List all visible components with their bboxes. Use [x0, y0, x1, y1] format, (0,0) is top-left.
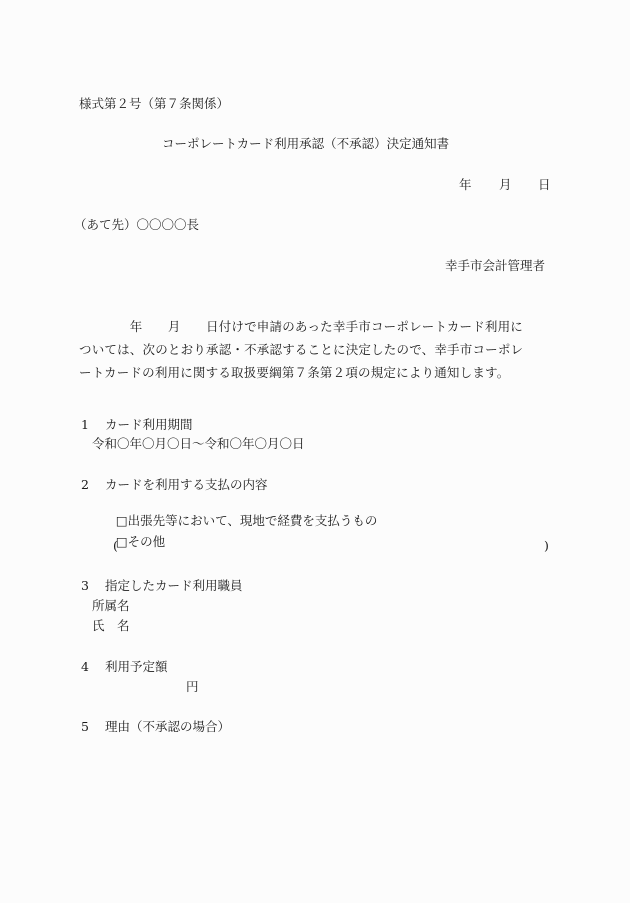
body-line: 年 月 日付けで申請のあった幸手市コーポレートカード利用に — [79, 315, 551, 338]
addressee: （あて先）〇〇〇〇長 — [74, 217, 199, 233]
body-line: ートカードの利用に関する取扱要綱第７条第２項の規定により通知します。 — [79, 361, 551, 384]
body-line: ついては、次のとおり承認・不承認することに決定したので、幸手市コーポレ — [79, 338, 551, 361]
name-label: 氏 名 — [92, 618, 130, 634]
date-year-label: 年 — [459, 177, 472, 193]
amount-unit: 円 — [186, 679, 199, 695]
department-label: 所属名 — [92, 598, 130, 614]
section-number: 2 — [81, 477, 89, 493]
date-month-label: 月 — [499, 177, 512, 193]
section-heading: 指定したカード利用職員 — [105, 578, 243, 594]
date-day-label: 日 — [538, 177, 551, 193]
body-paragraph: 年 月 日付けで申請のあった幸手市コーポレートカード利用に ついては、次のとおり… — [79, 315, 551, 384]
usage-period-value: 令和〇年〇月〇日～令和〇年〇月〇日 — [92, 436, 305, 452]
other-detail-field[interactable] — [124, 538, 540, 554]
other-paren-close: ) — [544, 538, 549, 554]
section-number: 1 — [81, 417, 89, 433]
section-heading: 利用予定額 — [105, 659, 168, 675]
section-number: 3 — [81, 578, 89, 594]
section-heading: カード利用期間 — [105, 417, 193, 433]
section-heading: 理由（不承認の場合） — [105, 719, 230, 735]
section-number: 4 — [81, 659, 89, 675]
sender: 幸手市会計管理者 — [445, 258, 545, 274]
section-heading: カードを利用する支払の内容 — [105, 477, 268, 493]
other-paren-open: ( — [113, 538, 118, 554]
section-number: 5 — [81, 719, 89, 735]
document-title: コーポレートカード利用承認（不承認）決定通知書 — [162, 136, 449, 152]
form-number: 様式第２号（第７条関係） — [79, 96, 229, 112]
